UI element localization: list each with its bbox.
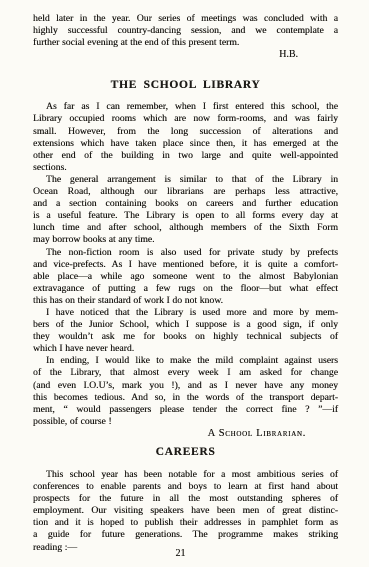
text-line: ment, “ would passengers please tender t… [33,404,338,416]
text-line: sections. [33,162,338,174]
text-line: The general arrangement is similar to th… [33,174,338,186]
text-line: employment. Our visiting speakers have b… [33,505,338,517]
text-line: I have noticed that the Library is used … [33,307,338,319]
text-line: is a useful feature. The Library is open… [33,210,338,222]
text-line: bers of the Junior School, which I suppo… [33,319,338,331]
paragraph: As far as I can remember, when I first e… [33,101,338,174]
text-line: and vice-prefects. As I have mentioned b… [33,259,338,271]
text-line: Ocean Road, although our librarians are … [33,186,338,198]
text-line: this has on their standard of work I do … [33,295,338,307]
text-line: highly successful country-dancing sessio… [33,25,338,37]
text-line: extravagance of putting a few rugs on th… [33,283,338,295]
scanned-magazine-page: held later in the year. Our series of me… [0,0,369,567]
paragraph: The general arrangement is similar to th… [33,174,338,247]
text-line: a guide for future generations. The prog… [33,529,338,541]
byline: A School Librarian. [33,428,338,440]
text-line: of the Library, that almost every week I… [33,367,338,379]
text-line: other end of the building in two large a… [33,150,338,162]
paragraph: In ending, I would like to make the mild… [33,355,338,428]
text-line: which I have never heard. [33,343,338,355]
text-line: conferences to enable parents and boys t… [33,481,338,493]
text-line: able place—a while ago someone went to t… [33,271,338,283]
paragraph: I have noticed that the Library is used … [33,307,338,355]
section-heading: THE SCHOOL LIBRARY [33,79,338,92]
paragraph: This school year has been notable for a … [33,469,338,554]
page-number: 21 [0,548,361,559]
paragraph: The non-fiction room is also used for pr… [33,247,338,307]
text-line: In ending, I would like to make the mild… [33,355,338,367]
section-heading: CAREERS [33,446,338,459]
text-line: they wouldn’t ask me for books on highly… [33,331,338,343]
text-line: lunch time and after school, although me… [33,222,338,234]
paragraph: held later in the year. Our series of me… [33,13,338,49]
text-line: this becomes tedious. And so, in the wor… [33,392,338,404]
text-line: extensions which have taken place since … [33,138,338,150]
text-line: held later in the year. Our series of me… [33,13,338,25]
text-line: Library occupied rooms which are now for… [33,113,338,125]
text-line: tion and it is hoped to publish their ad… [33,517,338,529]
byline: H.B. [33,49,338,61]
text-line: prospects for the future in all the most… [33,493,338,505]
text-line: possible, of course ! [33,416,338,428]
text-line: The non-fiction room is also used for pr… [33,247,338,259]
text-line: As far as I can remember, when I first e… [33,101,338,113]
text-line: and a section containing books on career… [33,198,338,210]
text-column: held later in the year. Our series of me… [33,13,338,554]
text-line: further social evening at the end of thi… [33,37,338,49]
text-line: may borrow books at any time. [33,234,338,246]
text-line: This school year has been notable for a … [33,469,338,481]
text-line: (and even I.O.U’s, mark you !), and as I… [33,380,338,392]
text-line: small. However, from the long succession… [33,126,338,138]
